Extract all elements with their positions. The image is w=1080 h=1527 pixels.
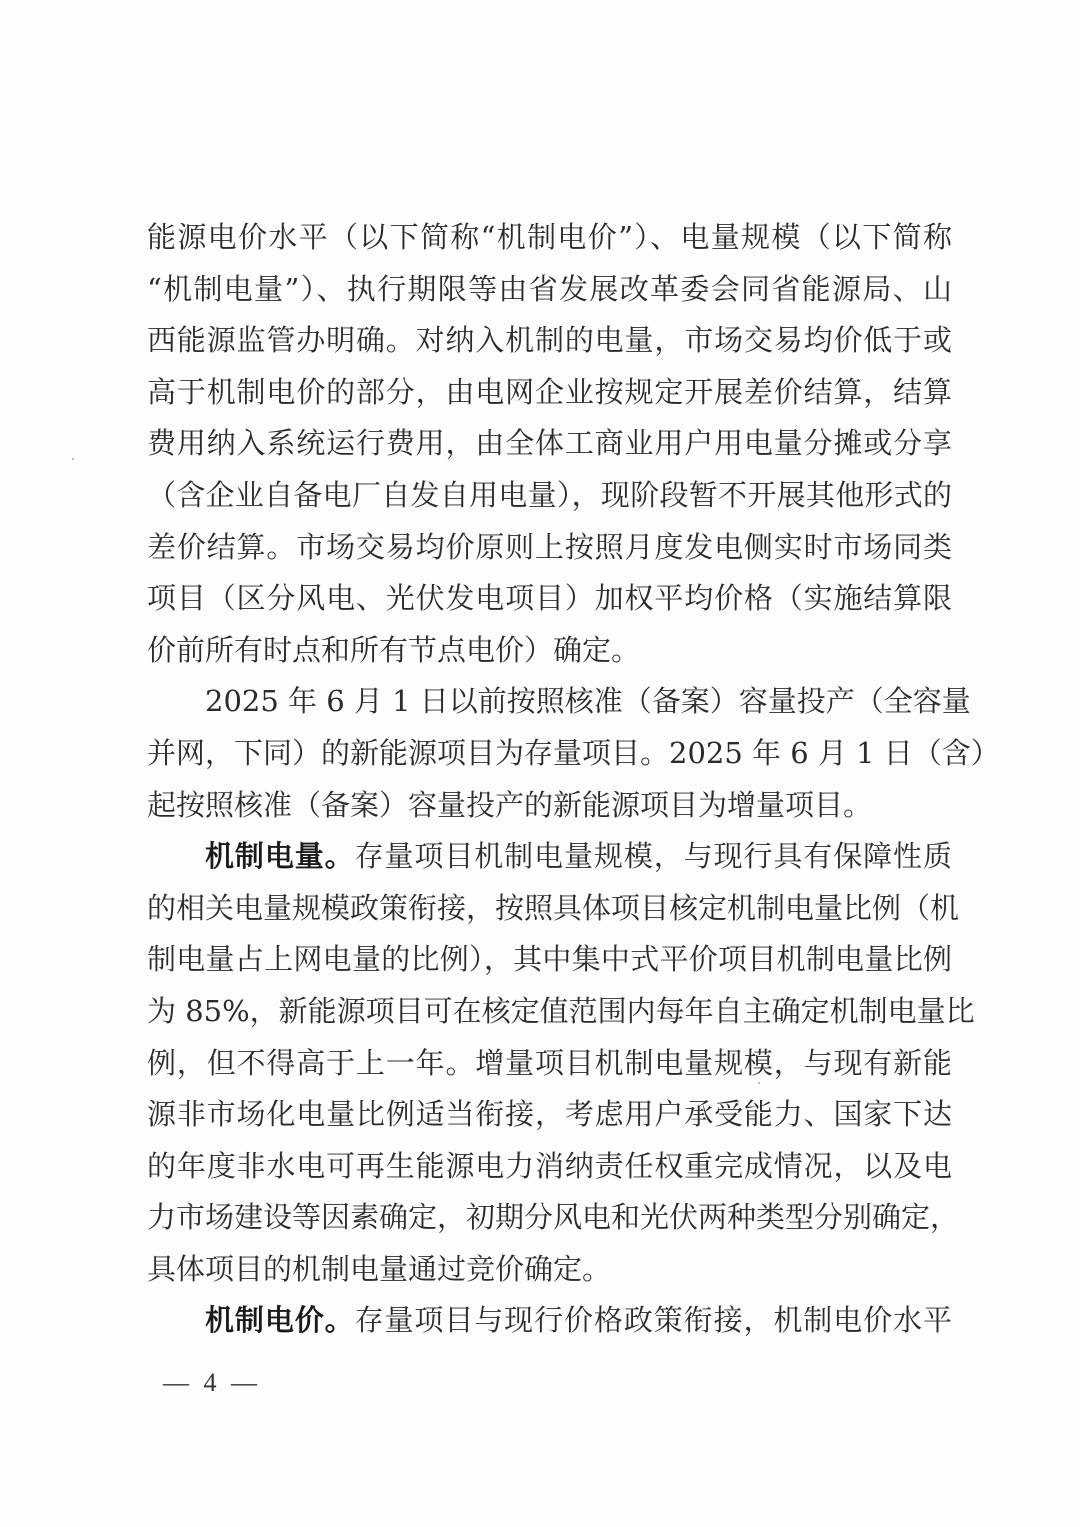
paragraph-mechanism-price: 机制电价。存量项目与现行价格政策衔接，机制电价水平 xyxy=(147,1295,952,1347)
page-number: — 4 — xyxy=(163,1368,261,1398)
text-run: 存量项目与现行价格政策衔接，机制电价水平 xyxy=(355,1303,952,1337)
text-line: 例，但不得高于上一年。增量项目机制电量规模，与现有新能 xyxy=(147,1038,952,1090)
text-line: 能源电价水平（以下简称“机制电价”）、电量规模（以下简称 xyxy=(147,212,952,264)
text-line: 项目（区分风电、光伏发电项目）加权平均价格（实施结算限 xyxy=(147,573,952,625)
text-line: 差价结算。市场交易均价原则上按照月度发电侧实时市场同类 xyxy=(147,522,952,574)
text-run: 存量项目机制电量规模，与现行具有保障性质 xyxy=(355,839,952,873)
text-line: 并网，下同）的新能源项目为存量项目。2025 年 6 月 1 日（含） xyxy=(147,728,952,780)
text-line: （含企业自备电厂自发自用电量），现阶段暂不开展其他形式的 xyxy=(147,470,952,522)
scan-speck xyxy=(758,1082,760,1084)
paragraph-project-classification: 2025 年 6 月 1 日以前按照核准（备案）容量投产（全容量 并网，下同）的… xyxy=(147,676,952,831)
text-line: 制电量占上网电量的比例），其中集中式平价项目机制电量比例 xyxy=(147,934,952,986)
text-line: 价前所有时点和所有节点电价）确定。 xyxy=(147,625,952,677)
text-line: 2025 年 6 月 1 日以前按照核准（备案）容量投产（全容量 xyxy=(147,676,952,728)
text-line: 高于机制电价的部分，由电网企业按规定开展差价结算，结算 xyxy=(147,367,952,419)
text-line: 西能源监管办明确。对纳入机制的电量，市场交易均价低于或 xyxy=(147,315,952,367)
section-heading-mechanism-price: 机制电价。 xyxy=(205,1303,355,1337)
text-line: “机制电量”）、执行期限等由省发展改革委会同省能源局、山 xyxy=(147,264,952,316)
text-line: 起按照核准（备案）容量投产的新能源项目为增量项目。 xyxy=(147,780,952,832)
paragraph-mechanism-overview: 能源电价水平（以下简称“机制电价”）、电量规模（以下简称 “机制电量”）、执行期… xyxy=(147,212,952,676)
text-line: 机制电价。存量项目与现行价格政策衔接，机制电价水平 xyxy=(147,1295,952,1347)
section-heading-mechanism-volume: 机制电量。 xyxy=(205,839,355,873)
scan-speck xyxy=(72,458,74,460)
text-line: 的相关电量规模政策衔接，按照具体项目核定机制电量比例（机 xyxy=(147,883,952,935)
text-line: 力市场建设等因素确定，初期分风电和光伏两种类型分别确定， xyxy=(147,1192,952,1244)
text-line: 具体项目的机制电量通过竞价确定。 xyxy=(147,1244,952,1296)
document-page: 能源电价水平（以下简称“机制电价”）、电量规模（以下简称 “机制电量”）、执行期… xyxy=(0,0,1080,1527)
text-line: 为 85%，新能源项目可在核定值范围内每年自主确定机制电量比 xyxy=(147,986,952,1038)
text-line: 费用纳入系统运行费用，由全体工商业用户用电量分摊或分享 xyxy=(147,418,952,470)
document-body: 能源电价水平（以下简称“机制电价”）、电量规模（以下简称 “机制电量”）、执行期… xyxy=(147,212,952,1347)
paragraph-mechanism-volume: 机制电量。存量项目机制电量规模，与现行具有保障性质 的相关电量规模政策衔接，按照… xyxy=(147,831,952,1295)
text-line: 机制电量。存量项目机制电量规模，与现行具有保障性质 xyxy=(147,831,952,883)
text-line: 的年度非水电可再生能源电力消纳责任权重完成情况，以及电 xyxy=(147,1141,952,1193)
text-line: 源非市场化电量比例适当衔接，考虑用户承受能力、国家下达 xyxy=(147,1089,952,1141)
